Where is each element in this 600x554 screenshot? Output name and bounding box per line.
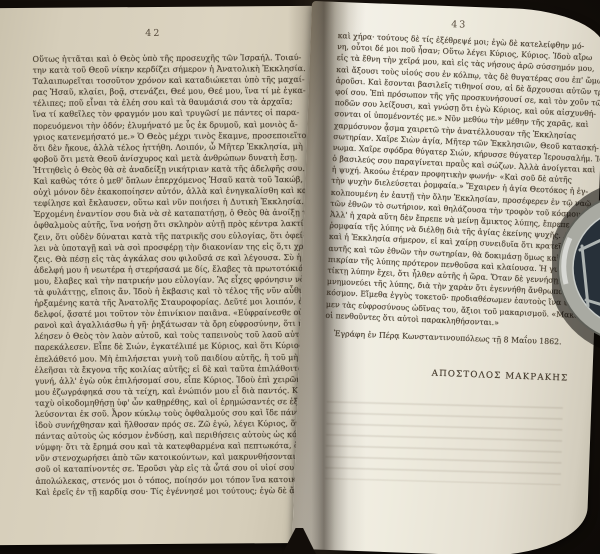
- text-line: Καὶ ἐρεῖς ἐν τῇ καρδίᾳ σου· Τίς ἐγέννησέ…: [35, 485, 311, 498]
- left-page-text: Οὕτως ἡττᾶται καὶ ὁ Θεὸς ὑπὸ τῆς προσευχ…: [32, 52, 311, 498]
- open-book-photo: 42 Οὕτως ἡττᾶται καὶ ὁ Θεὸς ὑπὸ τῆς προσ…: [0, 0, 600, 554]
- right-page-number: 43: [429, 18, 489, 31]
- author-signature: ΑΠΟΣΤΟΛΟΣ ΜΑΚΡΑΚΗΣ: [358, 366, 568, 384]
- left-page-number: 42: [0, 27, 314, 40]
- bleed-through-text: [325, 401, 563, 485]
- left-page: 42 Οὕτως ἡττᾶται καὶ ὁ Θεὸς ὑπὸ τῆς προσ…: [0, 6, 318, 545]
- dateline: Ἐγράφη ἐν Πέρᾳ Κωνσταντινουπόλεως τῇ 8 Μ…: [334, 329, 584, 347]
- metal-disc-icon: [552, 188, 600, 348]
- metal-disc-object: [552, 188, 600, 348]
